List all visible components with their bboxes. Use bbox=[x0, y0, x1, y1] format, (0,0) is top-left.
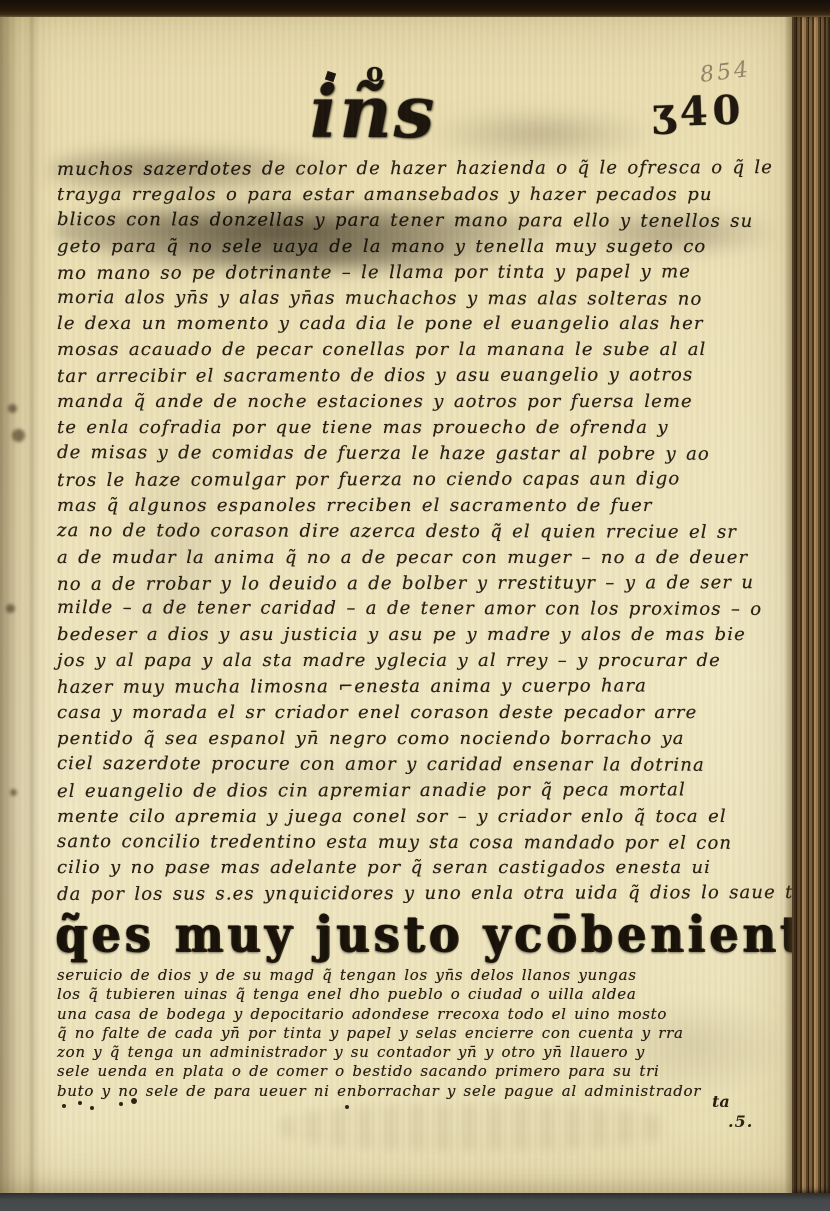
manuscript-line: milde – a de tener caridad – a de tener … bbox=[57, 595, 793, 623]
manuscript-line: jos y al papa y ala sta madre yglecia y … bbox=[57, 648, 793, 674]
photo-top-border bbox=[0, 0, 830, 17]
manuscript-line: mente cilo apremia y juega conel sor – y… bbox=[57, 804, 793, 830]
gutter-ink-spot bbox=[6, 604, 15, 613]
manuscript-line: q̃ no falte de cada yn̄ por tinta y pape… bbox=[57, 1024, 793, 1043]
manuscript-line: mo mano so pe dotrinante – le llama por … bbox=[57, 259, 793, 287]
ihs-monogram: o iñs bbox=[300, 64, 520, 164]
manuscript-line: bedeser a dios y asu justicia y asu pe y… bbox=[57, 622, 793, 648]
manuscript-page: 854 ʒ40 o iñs muchos sazerdotes de color… bbox=[0, 14, 796, 1195]
manuscript-line: a de mudar la anima q̃ no a de pecar con… bbox=[57, 545, 793, 571]
manuscript-line: trayga rregalos o para estar amansebados… bbox=[57, 182, 793, 208]
manuscript-line: tar arrecibir el sacramento de dios y as… bbox=[57, 362, 793, 390]
manuscript-line: cilio y no pase mas adelante por q̃ sera… bbox=[57, 855, 793, 881]
folio-number-pencil: 854 bbox=[699, 57, 753, 88]
manuscript-line: santo concilio tredentino esta muy sta c… bbox=[57, 829, 793, 857]
manuscript-line: no a de rrobar y lo deuido a de bolber y… bbox=[57, 570, 793, 598]
quire-mark: .5. bbox=[728, 1112, 753, 1131]
manuscript-line: moria alos yn̄s y alas yn̄as muchachos y… bbox=[57, 285, 793, 313]
manuscript-line: pentido q̃ sea espanol yn̄ negro como no… bbox=[57, 726, 793, 752]
manuscript-line: ciel sazerdote procure con amor y carida… bbox=[57, 751, 793, 779]
section-heading: q̃es muy justo ycōbeniente bbox=[55, 902, 795, 967]
main-text-block: muchos sazerdotes de color de hazer hazi… bbox=[57, 156, 793, 907]
manuscript-line: casa y morada el sr criador enel corason… bbox=[57, 700, 793, 726]
manuscript-line: blicos con las donzellas y para tener ma… bbox=[57, 207, 793, 235]
manuscript-line: una casa de bodega y depocitario adondes… bbox=[57, 1005, 793, 1024]
manuscript-line: zon y q̃ tenga un administrador y su con… bbox=[57, 1043, 793, 1062]
gutter-crease-line bbox=[30, 14, 34, 1195]
manuscript-line: tros le haze comulgar por fuerza no cien… bbox=[57, 466, 793, 494]
manuscript-line: te enla cofradia por que tiene mas proue… bbox=[57, 415, 793, 441]
manuscript-line: el euangelio de dios cin apremiar anadie… bbox=[57, 777, 793, 805]
manuscript-line: le dexa un momento y cada dia le pone el… bbox=[57, 311, 793, 337]
folio-number-ink: ʒ40 bbox=[651, 86, 746, 136]
catchword: ta bbox=[712, 1092, 730, 1111]
lower-text-block: seruicio de dios y de su magd q̃ tengan … bbox=[57, 966, 793, 1101]
show-through-text-band bbox=[280, 1104, 670, 1150]
manuscript-line: mosas acauado de pecar conellas por la m… bbox=[57, 337, 793, 363]
stray-ink-dots bbox=[62, 1104, 66, 1108]
manuscript-line: hazer muy mucha limosna ⌐enesta anima y … bbox=[57, 673, 793, 701]
manuscript-line: los q̃ tubieren uinas q̃ tenga enel dho … bbox=[57, 985, 793, 1004]
manuscript-line: seruicio de dios y de su magd q̃ tengan … bbox=[57, 966, 793, 985]
photo-bottom-border bbox=[0, 1193, 830, 1211]
manuscript-line: de misas y de comidas de fuerza le haze … bbox=[57, 440, 793, 468]
ihs-monogram-text: iñs bbox=[310, 76, 436, 148]
manuscript-line: muchos sazerdotes de color de hazer hazi… bbox=[57, 155, 793, 183]
manuscript-line: geto para q̃ no sele uaya de la mano y t… bbox=[57, 234, 793, 260]
manuscript-line: manda q̃ ande de noche estaciones y aotr… bbox=[57, 389, 793, 415]
gutter-ink-spot bbox=[12, 429, 25, 442]
manuscript-line: mas q̃ algunos espanoles rreciben el sac… bbox=[57, 493, 793, 519]
book-fore-edge bbox=[792, 14, 830, 1193]
gutter-ink-spot bbox=[8, 404, 17, 413]
manuscript-line: buto y no sele de para ueuer ni enborrac… bbox=[57, 1082, 793, 1101]
manuscript-line: sele uenda en plata o de comer o bestido… bbox=[57, 1062, 793, 1081]
manuscript-line: za no de todo corason dire azerca desto … bbox=[57, 518, 793, 546]
gutter-ink-spot bbox=[10, 789, 17, 796]
